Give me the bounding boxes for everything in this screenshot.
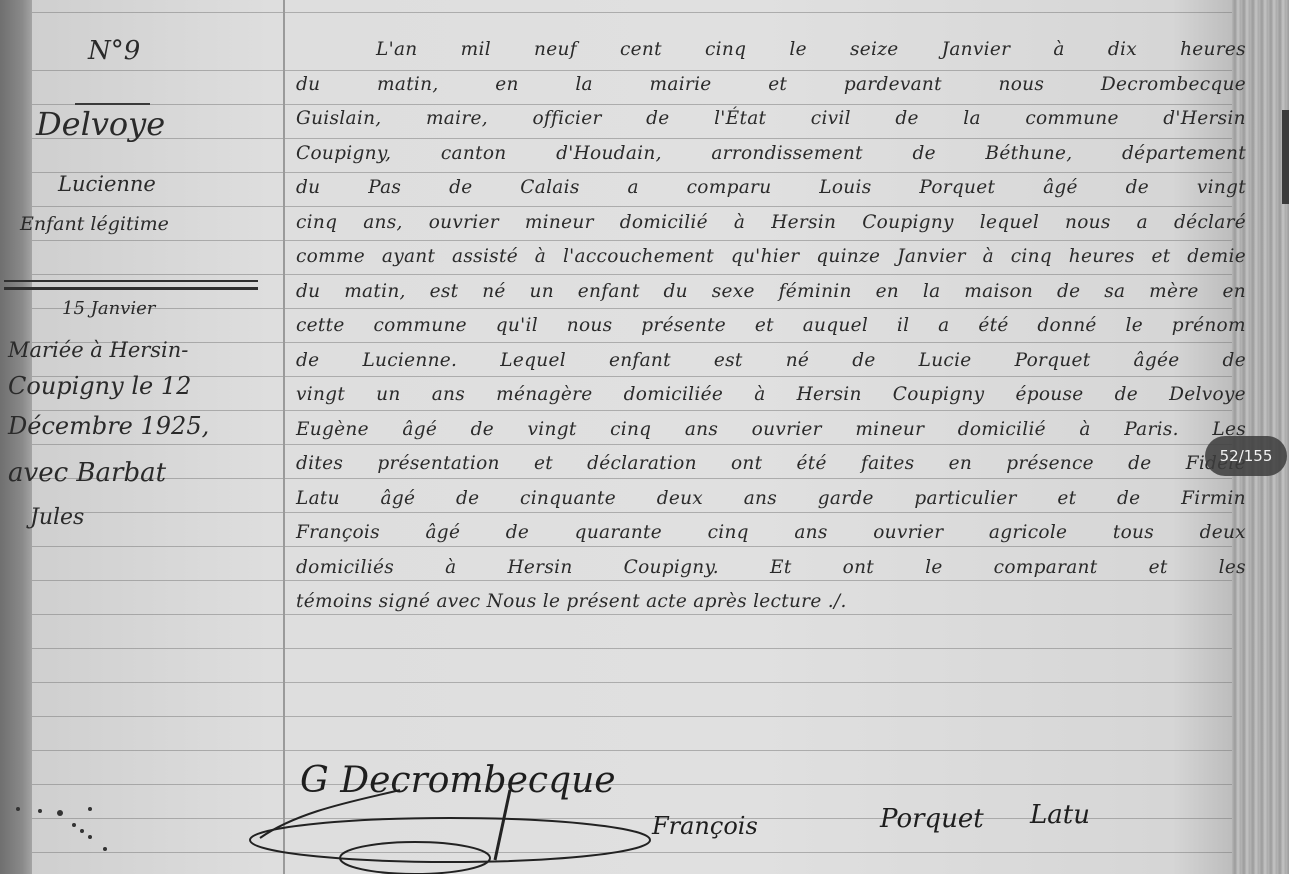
handwritten-word: nous bbox=[567, 309, 613, 344]
handwritten-word: déclaré bbox=[1174, 206, 1246, 241]
handwritten-word: de bbox=[449, 171, 472, 206]
handwritten-word: est bbox=[430, 275, 459, 310]
handwritten-word: du bbox=[296, 171, 320, 206]
handwritten-word: ayant bbox=[382, 240, 435, 275]
handwritten-word: est bbox=[714, 344, 743, 379]
handwritten-word: tous bbox=[1113, 516, 1154, 551]
handwritten-word: d'Hersin bbox=[1163, 102, 1246, 137]
handwritten-word: Janvier bbox=[897, 240, 966, 275]
signature-mayor: G Decrombecque bbox=[300, 760, 616, 801]
handwritten-word: Guislain, bbox=[296, 102, 381, 137]
handwritten-word: et bbox=[1057, 482, 1076, 517]
handwritten-word: Lequel bbox=[500, 344, 566, 379]
handwritten-word: seize bbox=[850, 33, 899, 68]
handwritten-word: qu'il bbox=[496, 309, 538, 344]
handwritten-word: âgé bbox=[381, 482, 416, 517]
handwritten-word: neuf bbox=[534, 33, 577, 68]
handwritten-word: cinq bbox=[708, 516, 749, 551]
handwritten-word: à bbox=[754, 378, 765, 413]
handwritten-word: demie bbox=[1187, 240, 1246, 275]
handwritten-word: un bbox=[376, 378, 400, 413]
handwritten-word: quinze bbox=[816, 240, 880, 275]
handwritten-word: il bbox=[897, 309, 909, 344]
handwritten-word: Hersin bbox=[508, 551, 573, 586]
body-line: Guislain,maire,officierdel'Étatcivildela… bbox=[296, 102, 1246, 137]
handwritten-word: et bbox=[1149, 551, 1168, 586]
body-line: dumatin,enlamairieetpardevantnousDecromb… bbox=[296, 68, 1246, 103]
handwritten-word: sexe bbox=[712, 275, 755, 310]
handwritten-word: né bbox=[786, 344, 809, 379]
handwritten-word: du bbox=[664, 275, 688, 310]
body-line: Latuâgédecinquantedeuxansgardeparticulie… bbox=[296, 482, 1246, 517]
handwritten-word: cinquante bbox=[520, 482, 616, 517]
handwritten-word: de bbox=[1117, 482, 1140, 517]
handwritten-word: enfant bbox=[609, 344, 671, 379]
handwritten-word: cinq bbox=[296, 206, 337, 241]
handwritten-word: Porquet bbox=[919, 171, 995, 206]
handwritten-word: de bbox=[456, 482, 479, 517]
handwritten-word: Hersin bbox=[797, 378, 862, 413]
handwritten-word: cent bbox=[620, 33, 662, 68]
handwritten-word: ont bbox=[843, 551, 874, 586]
marriage-annotation-line: Décembre 1925, bbox=[8, 412, 209, 440]
handwritten-word: de bbox=[852, 344, 875, 379]
handwritten-word: de bbox=[912, 137, 935, 172]
divider bbox=[4, 287, 258, 290]
handwritten-word: le bbox=[925, 551, 942, 586]
handwritten-word: de bbox=[1057, 275, 1080, 310]
handwritten-word: Coupigny bbox=[862, 206, 954, 241]
handwritten-word: heures bbox=[1180, 33, 1246, 68]
handwritten-word: enfant bbox=[578, 275, 640, 310]
handwritten-word: la bbox=[575, 68, 593, 103]
handwritten-word: ménagère bbox=[496, 378, 592, 413]
handwritten-word: de bbox=[1126, 171, 1149, 206]
margin-status: Enfant légitime bbox=[20, 213, 169, 235]
handwritten-word: en bbox=[495, 68, 518, 103]
handwritten-word: vingt bbox=[296, 378, 345, 413]
body-line: commeayantassistéàl'accouchementqu'hierq… bbox=[296, 240, 1246, 275]
handwritten-word: déclaration bbox=[587, 447, 697, 482]
handwritten-word: L'an bbox=[376, 33, 418, 68]
handwritten-word: commune bbox=[373, 309, 466, 344]
handwritten-word: comparu bbox=[687, 171, 772, 206]
handwritten-word: domiciliés bbox=[296, 551, 394, 586]
signature-witness-latu: Latu bbox=[1030, 800, 1090, 830]
handwritten-word: heures bbox=[1069, 240, 1135, 275]
margin-surname: Delvoye bbox=[36, 105, 165, 143]
margin-rule bbox=[283, 0, 285, 874]
handwritten-word: Coupigny. bbox=[624, 551, 719, 586]
handwritten-word: prénom bbox=[1172, 309, 1246, 344]
handwritten-word: particulier bbox=[914, 482, 1016, 517]
handwritten-word: a bbox=[938, 309, 949, 344]
handwritten-word: d'Houdain, bbox=[556, 137, 662, 172]
handwritten-word: commune bbox=[1025, 102, 1118, 137]
handwritten-word: les bbox=[1219, 551, 1246, 586]
handwritten-word: deux bbox=[1200, 516, 1246, 551]
handwritten-word: faites bbox=[861, 447, 914, 482]
handwritten-word: ans bbox=[794, 516, 827, 551]
handwritten-word: pardevant bbox=[844, 68, 942, 103]
handwritten-word: Janvier bbox=[942, 33, 1011, 68]
handwritten-word: comme bbox=[296, 240, 365, 275]
handwritten-word: civil bbox=[811, 102, 851, 137]
handwritten-word: présente bbox=[641, 309, 726, 344]
marriage-annotation-line: avec Barbat bbox=[8, 458, 166, 488]
handwritten-word: nous bbox=[1065, 206, 1111, 241]
body-line: Françoisâgédequarantecinqansouvrieragric… bbox=[296, 516, 1246, 551]
handwritten-word: Hersin bbox=[771, 206, 836, 241]
handwritten-word: ans bbox=[744, 482, 777, 517]
handwritten-word: du bbox=[296, 68, 320, 103]
handwritten-word: Et bbox=[770, 551, 792, 586]
handwritten-word: Coupigny bbox=[893, 378, 985, 413]
handwritten-word: comparant bbox=[994, 551, 1098, 586]
handwritten-word: né bbox=[482, 275, 505, 310]
body-line: duPasdeCalaisacomparuLouisPorquetâgédevi… bbox=[296, 171, 1246, 206]
body-line: Coupigny,cantond'Houdain,arrondissementd… bbox=[296, 137, 1246, 172]
handwritten-word: de bbox=[471, 413, 494, 448]
handwritten-word: domicilié bbox=[620, 206, 708, 241]
handwritten-word: à bbox=[734, 206, 745, 241]
handwritten-word: sa bbox=[1104, 275, 1125, 310]
handwritten-word: qu'hier bbox=[731, 240, 800, 275]
handwritten-word: du bbox=[296, 275, 320, 310]
handwritten-word: âgée bbox=[1134, 344, 1180, 379]
handwritten-word: dix bbox=[1108, 33, 1137, 68]
body-line: cinqans,ouvriermineurdomiciliéàHersinCou… bbox=[296, 206, 1246, 241]
handwritten-word: féminin bbox=[779, 275, 852, 310]
handwritten-word: le bbox=[789, 33, 806, 68]
handwritten-word: assisté bbox=[452, 240, 518, 275]
handwritten-word: et bbox=[534, 447, 553, 482]
handwritten-word: âgé bbox=[402, 413, 437, 448]
record-number: N°9 bbox=[88, 36, 140, 66]
handwritten-word: vingt bbox=[1197, 171, 1246, 206]
body-line: cettecommunequ'ilnousprésenteetauquelila… bbox=[296, 309, 1246, 344]
handwritten-word: à bbox=[535, 240, 546, 275]
signature-declarant-porquet: Porquet bbox=[880, 804, 984, 834]
handwritten-word: quarante bbox=[575, 516, 662, 551]
handwritten-word: agricole bbox=[989, 516, 1067, 551]
handwritten-word: cinq bbox=[610, 413, 651, 448]
handwritten-word: a bbox=[627, 171, 638, 206]
handwritten-word: garde bbox=[818, 482, 874, 517]
handwritten-word: à bbox=[1053, 33, 1064, 68]
body-line: vingtunansménagèredomiciliéeàHersinCoupi… bbox=[296, 378, 1246, 413]
handwritten-word: de bbox=[646, 102, 669, 137]
handwritten-word: Coupigny, bbox=[296, 137, 391, 172]
handwritten-word: dites bbox=[296, 447, 343, 482]
marriage-annotation-line: Jules bbox=[30, 505, 84, 530]
signature-witness-francois: François bbox=[652, 812, 758, 840]
body-line: deLucienne.LequelenfantestnédeLuciePorqu… bbox=[296, 344, 1246, 379]
handwritten-word: de bbox=[296, 344, 319, 379]
handwritten-word: un bbox=[530, 275, 554, 310]
handwritten-word: l'accouchement bbox=[563, 240, 714, 275]
handwritten-word: département bbox=[1122, 137, 1246, 172]
handwritten-word: à bbox=[983, 240, 994, 275]
handwritten-word: ont bbox=[731, 447, 762, 482]
handwritten-word: présence bbox=[1006, 447, 1094, 482]
body-line: témoins signé avec Nous le présent acte … bbox=[296, 585, 1246, 620]
record-body: L'anmilneufcentcinqleseizeJanvieràdixheu… bbox=[296, 33, 1246, 620]
handwritten-word: de bbox=[1115, 378, 1138, 413]
handwritten-word: en bbox=[1223, 275, 1246, 310]
handwritten-word: mineur bbox=[855, 413, 924, 448]
handwritten-word: donné bbox=[1037, 309, 1096, 344]
handwritten-word: Eugène bbox=[296, 413, 369, 448]
marriage-annotation-line: 15 Janvier bbox=[62, 298, 155, 319]
handwritten-word: François bbox=[296, 516, 380, 551]
handwritten-word: Louis bbox=[819, 171, 871, 206]
handwritten-word: Paris. bbox=[1124, 413, 1179, 448]
handwritten-word: Pas bbox=[368, 171, 401, 206]
handwritten-word: nous bbox=[999, 68, 1045, 103]
handwritten-word: auquel bbox=[803, 309, 868, 344]
page-counter-badge: 52/155 bbox=[1205, 436, 1287, 476]
handwritten-word: Lucienne. bbox=[362, 344, 457, 379]
handwritten-word: à bbox=[1079, 413, 1090, 448]
handwritten-word: canton bbox=[441, 137, 507, 172]
body-line: Eugèneâgédevingtcinqansouvriermineurdomi… bbox=[296, 413, 1246, 448]
handwritten-word: ouvrier bbox=[873, 516, 943, 551]
image-viewer[interactable]: N°9 Delvoye Lucienne Enfant légitime 15 … bbox=[0, 0, 1289, 874]
handwritten-word: à bbox=[445, 551, 456, 586]
handwritten-word: maire, bbox=[426, 102, 488, 137]
body-line: L'anmilneufcentcinqleseizeJanvieràdixheu… bbox=[296, 33, 1246, 68]
handwritten-word: de bbox=[895, 102, 918, 137]
handwritten-word: Calais bbox=[520, 171, 579, 206]
handwritten-word: âgé bbox=[1043, 171, 1078, 206]
handwritten-word: l'État bbox=[714, 102, 766, 137]
handwritten-word: et bbox=[755, 309, 774, 344]
handwritten-word: ouvrier bbox=[429, 206, 499, 241]
handwritten-word: cinq bbox=[705, 33, 746, 68]
handwritten-word: été bbox=[978, 309, 1008, 344]
handwritten-word: Decrombecque bbox=[1101, 68, 1246, 103]
handwritten-word: ans bbox=[685, 413, 718, 448]
handwritten-word: vingt bbox=[528, 413, 577, 448]
handwritten-word: mère bbox=[1149, 275, 1198, 310]
handwritten-word: de bbox=[1128, 447, 1151, 482]
handwritten-word: arrondissement bbox=[711, 137, 863, 172]
handwritten-word: mairie bbox=[650, 68, 712, 103]
handwritten-word: a bbox=[1137, 206, 1148, 241]
handwritten-word: été bbox=[797, 447, 827, 482]
handwritten-word: ans, bbox=[363, 206, 403, 241]
body-line: domiciliésàHersinCoupigny.Etontlecompara… bbox=[296, 551, 1246, 586]
handwritten-word: deux bbox=[657, 482, 703, 517]
marriage-annotation-line: Mariée à Hersin- bbox=[8, 338, 188, 362]
handwritten-word: Porquet bbox=[1015, 344, 1091, 379]
handwritten-word: cette bbox=[296, 309, 345, 344]
handwritten-word: et bbox=[768, 68, 787, 103]
handwritten-word: ouvrier bbox=[752, 413, 822, 448]
handwritten-word: Béthune, bbox=[985, 137, 1072, 172]
handwritten-word: Delvoye bbox=[1169, 378, 1246, 413]
handwritten-word: maison bbox=[964, 275, 1033, 310]
handwritten-word: épouse bbox=[1015, 378, 1083, 413]
handwritten-word: domiciliée bbox=[624, 378, 723, 413]
ink-spots bbox=[10, 805, 110, 865]
handwritten-word: en bbox=[876, 275, 899, 310]
handwritten-word: présentation bbox=[377, 447, 499, 482]
handwritten-word: et bbox=[1151, 240, 1170, 275]
body-line: ditesprésentationetdéclarationontétéfait… bbox=[296, 447, 1246, 482]
handwritten-word: Lucie bbox=[919, 344, 972, 379]
handwritten-word: le bbox=[1126, 309, 1143, 344]
handwritten-word: Firmin bbox=[1181, 482, 1246, 517]
handwritten-word: âgé bbox=[425, 516, 460, 551]
handwritten-word: de bbox=[1223, 344, 1246, 379]
marriage-annotation-line: Coupigny le 12 bbox=[8, 372, 191, 400]
handwritten-word: mil bbox=[461, 33, 491, 68]
handwritten-word: lequel bbox=[980, 206, 1039, 241]
divider bbox=[4, 280, 258, 282]
handwritten-word: la bbox=[923, 275, 941, 310]
handwritten-word: ans bbox=[432, 378, 465, 413]
handwritten-word: matin, bbox=[344, 275, 406, 310]
handwritten-word: Latu bbox=[296, 482, 340, 517]
handwritten-word: officier bbox=[532, 102, 601, 137]
handwritten-word: domicilié bbox=[958, 413, 1046, 448]
body-line: dumatin,estnéunenfantdusexefémininenlama… bbox=[296, 275, 1246, 310]
handwritten-word: en bbox=[949, 447, 972, 482]
handwritten-word: matin, bbox=[377, 68, 439, 103]
handwritten-word: mineur bbox=[525, 206, 594, 241]
handwritten-word: la bbox=[963, 102, 981, 137]
margin-given-name: Lucienne bbox=[58, 172, 156, 196]
handwritten-word: de bbox=[506, 516, 529, 551]
handwritten-word: cinq bbox=[1011, 240, 1052, 275]
